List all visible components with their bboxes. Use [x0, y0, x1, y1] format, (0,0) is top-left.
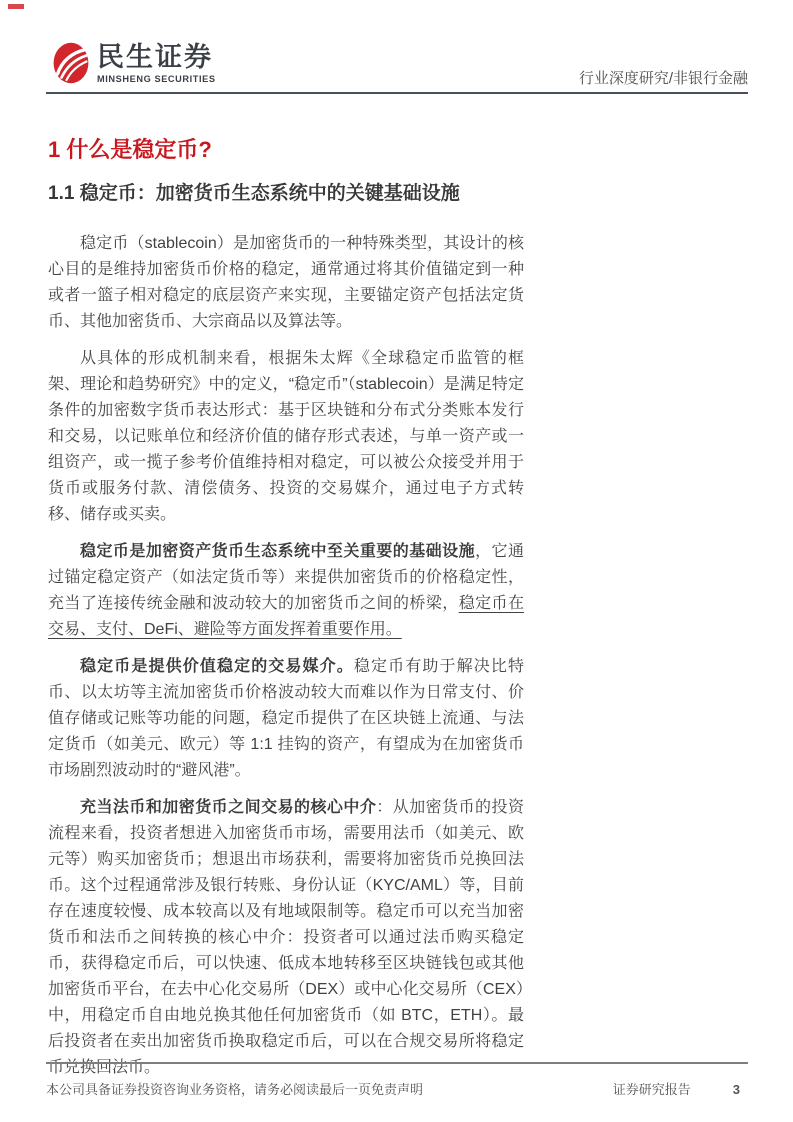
section-title: 1 什么是稳定币?	[48, 136, 524, 164]
page-header: 民生证券 MINSHENG SECURITIES 行业深度研究/非银行金融	[46, 40, 748, 92]
body-text: ：从加密货币的投资流程来看，投资者想进入加密货币市场，需要用法币（如美元、欧元等…	[48, 799, 524, 1076]
paragraphs: 稳定币（stablecoin）是加密货币的一种特殊类型，其设计的核心目的是维持加…	[48, 231, 524, 1081]
company-logo: 民生证券 MINSHENG SECURITIES	[53, 42, 216, 84]
emphasis-text: 稳定币是加密资产货币生态系统中至关重要的基础设施	[80, 543, 475, 560]
logo-company-name-en: MINSHENG SECURITIES	[97, 74, 216, 84]
logo-text: 民生证券 MINSHENG SECURITIES	[97, 43, 216, 84]
subsection-title: 1.1 稳定币：加密货币生态系统中的关键基础设施	[48, 181, 524, 206]
body-text: 稳定币（stablecoin）是加密货币的一种特殊类型，其设计的核心目的是维持加…	[48, 235, 524, 330]
emphasis-text: 稳定币是提供价值稳定的交易媒介。	[80, 658, 354, 675]
paragraph: 从具体的形成机制来看，根据朱太辉《全球稳定币监管的框架、理论和趋势研究》中的定义…	[48, 346, 524, 528]
logo-company-name: 民生证券	[97, 43, 216, 71]
paragraph: 稳定币（stablecoin）是加密货币的一种特殊类型，其设计的核心目的是维持加…	[48, 231, 524, 335]
body-text: 从具体的形成机制来看，根据朱太辉《全球稳定币监管的框架、理论和趋势研究》中的定义…	[48, 350, 524, 523]
paragraph: 充当法币和加密货币之间交易的核心中介：从加密货币的投资流程来看，投资者想进入加密…	[48, 795, 524, 1081]
footer-row: 本公司具备证券投资咨询业务资格，请务必阅读最后一页免责声明 证券研究报告 3	[46, 1064, 748, 1098]
emphasis-text: 充当法币和加密货币之间交易的核心中介	[80, 799, 376, 816]
page-corner-mark	[8, 4, 24, 9]
report-category: 行业深度研究/非银行金融	[579, 67, 748, 88]
document-body: 1 什么是稳定币? 1.1 稳定币：加密货币生态系统中的关键基础设施 稳定币（s…	[48, 136, 524, 1081]
header-divider	[46, 92, 748, 94]
body-text: 稳定币有助于解决比特币、以太坊等主流加密货币价格波动较大而难以作为日常支付、价值…	[48, 658, 524, 779]
page-footer: 本公司具备证券投资咨询业务资格，请务必阅读最后一页免责声明 证券研究报告 3	[46, 1062, 748, 1098]
disclaimer-text: 本公司具备证券投资咨询业务资格，请务必阅读最后一页免责声明	[46, 1079, 423, 1098]
document-page: 民生证券 MINSHENG SECURITIES 行业深度研究/非银行金融 1 …	[0, 0, 793, 1122]
paragraph: 稳定币是加密资产货币生态系统中至关重要的基础设施，它通过锚定稳定资产（如法定货币…	[48, 539, 524, 643]
paragraph: 稳定币是提供价值稳定的交易媒介。稳定币有助于解决比特币、以太坊等主流加密货币价格…	[48, 654, 524, 784]
report-type-label: 证券研究报告	[613, 1079, 691, 1098]
page-number: 3	[733, 1082, 740, 1097]
minsheng-logo-icon	[53, 42, 90, 84]
